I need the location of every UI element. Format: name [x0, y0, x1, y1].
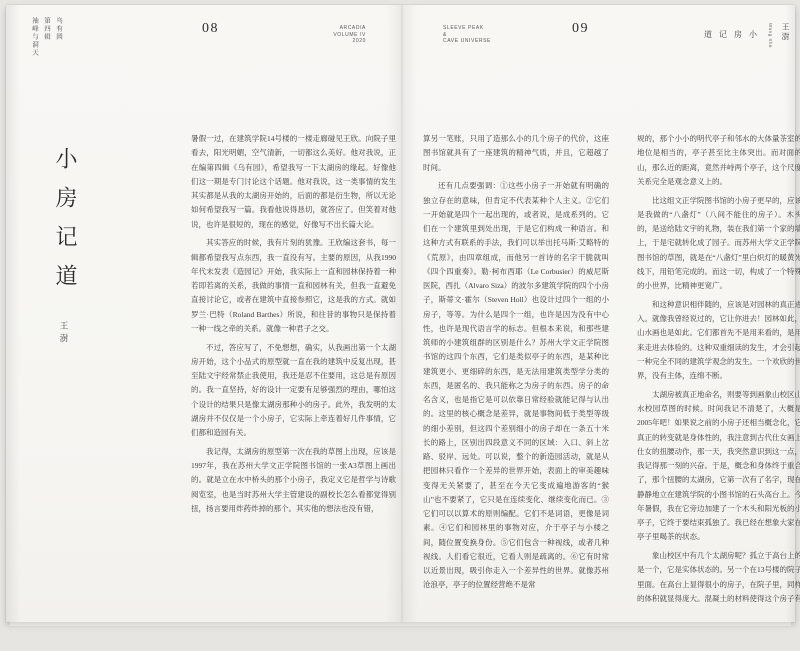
- series-label-english: SLEEVE PEAK&CAVE UNIVERSE: [443, 25, 533, 45]
- paragraph: 算另一笔账，只用了造那么小的几个房子的代价，这座图书馆就具有了一座建筑的精神气质…: [423, 132, 609, 175]
- text-column-right-page-2: 规的，那个小小的明代亭子和邻水的大体量茶室的地位是相当的，亭子甚至比主体突出。而…: [637, 132, 800, 604]
- running-author-latin: Wang Shu: [768, 23, 773, 69]
- running-author-vertical: 王澍: [780, 23, 791, 42]
- paragraph: 比这组文正学院图书馆的小房子更早的，应该是我做的“八盏灯”（八间不能住的房子）。…: [637, 194, 800, 294]
- page-number-right: 09: [572, 21, 589, 37]
- edition-line: 2020: [302, 38, 366, 45]
- paragraph: 其实答应的时候，我有片刻的犹豫。王欣编这套书，每一辑都希望我写点东西，我一直没有…: [191, 236, 396, 336]
- paragraph: 我记得，太湖房的原型第一次在我的草图上出现，应该是1997年，我在苏州大学文正学…: [191, 445, 396, 516]
- page-number-left: 08: [202, 21, 219, 37]
- article-title-vertical: 小房记道: [50, 147, 81, 477]
- paragraph: 规的，那个小小的明代亭子和邻水的大体量茶室的地位是相当的，亭子甚至比主体突出。而…: [637, 132, 800, 189]
- text-column-left-page: 暑假一过，在建筑学院14号楼的一楼走廊碰见王欣。向院子里看去，阳光明媚，空气清新…: [191, 132, 396, 584]
- series-line: 乌有园: [52, 17, 64, 109]
- page-edge-shadow-left: [6, 5, 20, 622]
- paragraph: 太湖房被真正地命名，则要等到画象山校区山水校园草图的时候。时间我记不清楚了，大概…: [637, 388, 800, 545]
- book-spread: 乌有园第四辑袖峰与洞天 08 ARCADIAVOLUME IV2020 小房记道…: [6, 5, 795, 622]
- running-title-rtl: 道记房小: [704, 29, 764, 40]
- series-english-line: CAVE UNIVERSE: [443, 38, 533, 45]
- paragraph: 和这种意识相伴随的，应该是对园林的真正进入。就像我曾经说过的，它让你进去！园林如…: [637, 298, 800, 384]
- paragraph: 不过，答应写了，不免想想，确实，从我画出第一个太湖房开始，这个小品式的原型就一直…: [191, 341, 396, 441]
- text-column-right-page-1: 算另一笔账，只用了造那么小的几个房子的代价，这座图书馆就具有了一座建筑的精神气质…: [423, 132, 609, 604]
- paragraph: 暑假一过，在建筑学院14号楼的一楼走廊碰见王欣。向院子里看去，阳光明媚，空气清新…: [191, 132, 396, 232]
- series-label-vertical: 乌有园第四辑袖峰与洞天: [28, 17, 64, 109]
- article-author-vertical: 王澍: [58, 321, 70, 346]
- paragraph: 象山校区中有几个太湖房呢？孤立于高台上的是一个，它是实体状态的。另一个在13号楼…: [637, 549, 800, 604]
- series-line: 第四辑: [40, 17, 52, 109]
- paragraph: 还有几点要强调：①这些小房子一开始就有明确的独立存在的意味，但肯定不代表某种个人…: [423, 179, 609, 592]
- book-bottom-page-edges: [10, 622, 791, 626]
- series-line: 袖峰与洞天: [28, 17, 40, 109]
- edition-label: ARCADIAVOLUME IV2020: [302, 25, 366, 45]
